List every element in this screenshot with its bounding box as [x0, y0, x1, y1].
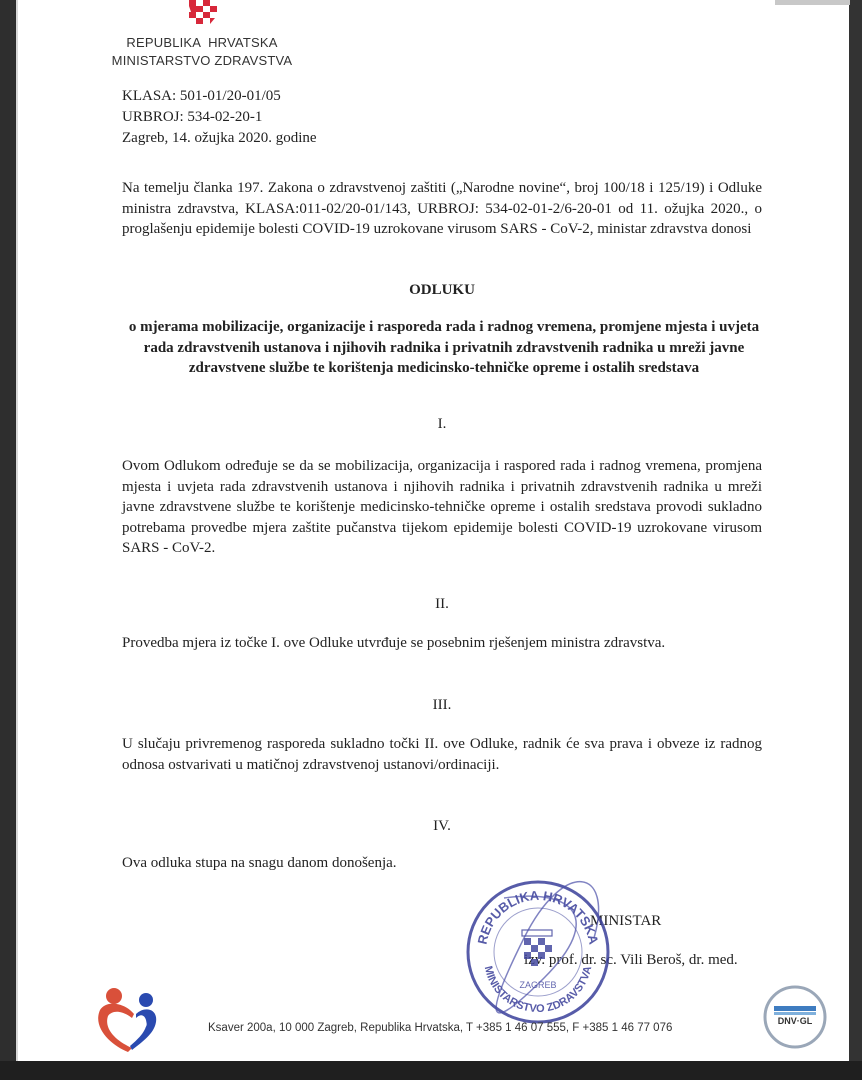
heart-people-logo-icon	[92, 984, 164, 1056]
klasa: KLASA: 501-01/20-01/05	[122, 86, 317, 107]
country-name: REPUBLIKA HRVATSKA	[102, 34, 302, 52]
document-page: REPUBLIKA HRVATSKA MINISTARSTVO ZDRAVSTV…	[16, 0, 849, 1061]
document-meta: KLASA: 501-01/20-01/05 URBROJ: 534-02-20…	[122, 86, 317, 149]
ministry-name: MINISTARSTVO ZDRAVSTVA	[102, 52, 302, 70]
urbroj: URBROJ: 534-02-20-1	[122, 107, 317, 128]
viewer-scrollbar[interactable]	[849, 0, 862, 1080]
preamble: Na temelju članka 197. Zakona o zdravstv…	[122, 178, 762, 240]
document-title: ODLUKU	[122, 282, 762, 299]
section-number: III.	[122, 697, 762, 714]
croatian-checkerboard-icon	[174, 0, 232, 28]
date: Zagreb, 14. ožujka 2020. godine	[122, 128, 317, 149]
official-stamp-icon: REPUBLIKA HRVATSKA MINISTARSTVO ZDRAVSTV…	[464, 878, 612, 1026]
section-text: Ovom Odlukom određuje se da se mobilizac…	[122, 456, 762, 559]
viewer-frame-left	[0, 0, 15, 1080]
viewer-frame-bottom	[0, 1061, 862, 1080]
cert-label: DNV·GL	[760, 1016, 830, 1026]
svg-text:ZAGREB: ZAGREB	[519, 980, 556, 990]
section-number: IV.	[122, 818, 762, 835]
quality-certification-badge-icon: DNV·GL	[760, 982, 830, 1052]
section-text: Provedba mjera iz točke I. ove Odluke ut…	[122, 633, 762, 654]
section-number: II.	[122, 596, 762, 613]
section-number: I.	[122, 416, 762, 433]
section-text: U slučaju privremenog rasporeda sukladno…	[122, 734, 762, 775]
issuer-block: REPUBLIKA HRVATSKA MINISTARSTVO ZDRAVSTV…	[102, 34, 302, 70]
viewer-tab[interactable]	[775, 0, 850, 5]
footer-address: Ksaver 200a, 10 000 Zagreb, Republika Hr…	[208, 1022, 672, 1034]
section-text: Ova odluka stupa na snagu danom donošenj…	[122, 853, 762, 874]
document-subtitle: o mjerama mobilizacije, organizacije i r…	[126, 317, 762, 379]
